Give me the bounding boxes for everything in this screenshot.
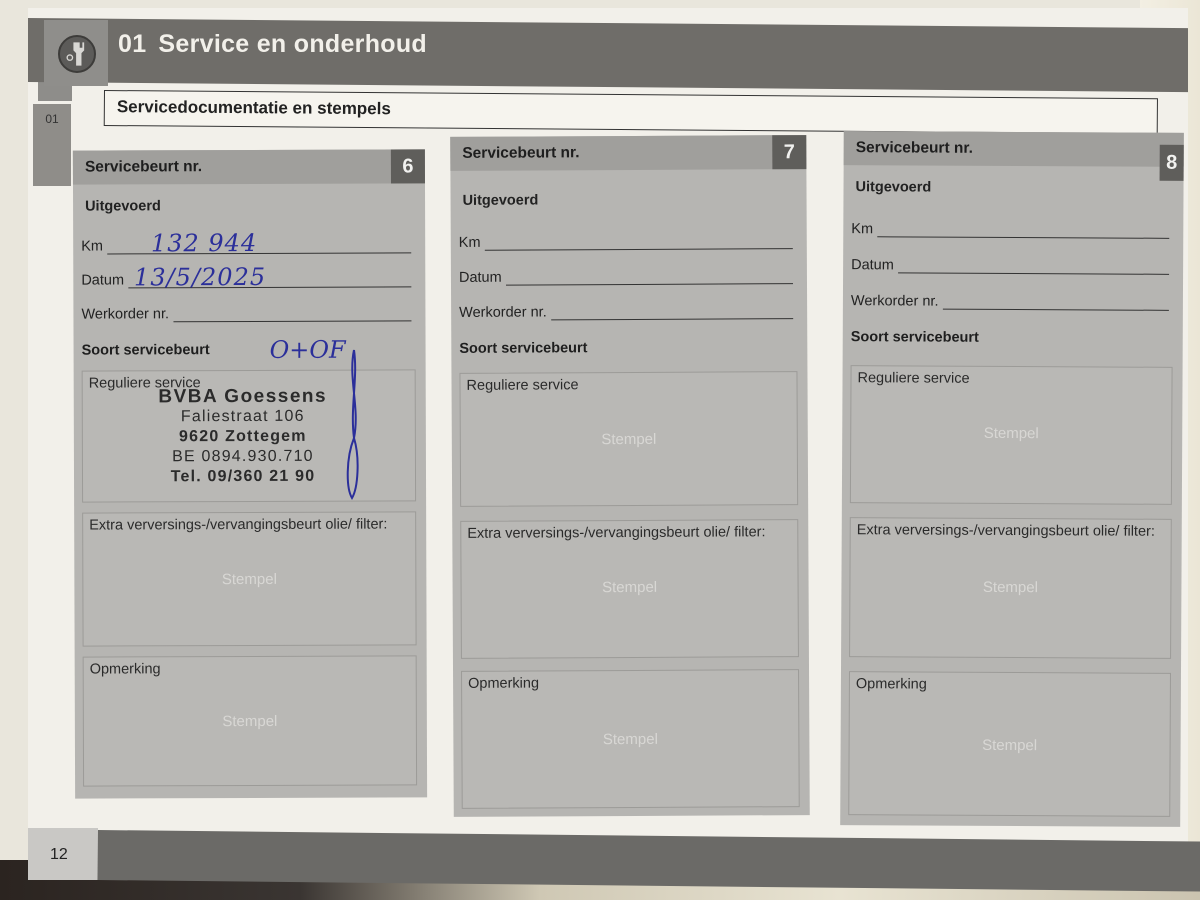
datum-label: Datum	[81, 272, 128, 288]
stempel-placeholder: Stempel	[84, 712, 416, 730]
km-field[interactable]: Km	[459, 225, 793, 251]
stempel-placeholder: Stempel	[462, 578, 798, 597]
uitgevoerd-label: Uitgevoerd	[855, 179, 931, 195]
werkorder-line	[173, 301, 411, 322]
stamp-name: BVBA Goessens	[113, 387, 373, 408]
stempel-placeholder: Stempel	[850, 736, 1170, 755]
km-line: 132 944	[107, 233, 411, 254]
stempel-placeholder: Stempel	[851, 424, 1171, 443]
werkorder-line	[551, 299, 794, 320]
werkorder-label: Werkorder nr.	[851, 293, 943, 309]
km-value: 132 944	[151, 229, 257, 257]
werkorder-label: Werkorder nr.	[81, 306, 173, 322]
uitgevoerd-label: Uitgevoerd	[85, 198, 161, 214]
km-line	[484, 229, 792, 251]
datum-field[interactable]: Datum	[851, 249, 1169, 275]
card-title: Servicebeurt nr.	[856, 139, 973, 158]
datum-line	[506, 264, 793, 286]
signature-mark	[344, 348, 364, 508]
datum-field[interactable]: Datum 13/5/2025	[81, 263, 411, 288]
card-title: Servicebeurt nr.	[85, 158, 202, 176]
extra-stamp-box[interactable]: Extra verversings-/vervangingsbeurt olie…	[849, 517, 1172, 659]
soort-value: O+OF	[270, 336, 346, 364]
service-number-badge: 6	[391, 149, 425, 183]
werkorder-field[interactable]: Werkorder nr.	[851, 285, 1169, 311]
werkorder-field[interactable]: Werkorder nr.	[81, 297, 411, 322]
side-tab: 01	[33, 104, 71, 186]
stempel-placeholder: Stempel	[461, 430, 797, 449]
page-number-box: 12	[28, 828, 98, 880]
stempel-placeholder: Stempel	[83, 570, 415, 588]
stamp-city: 9620 Zottegem	[113, 427, 373, 448]
section-title: Servicedocumentatie en stempels	[117, 97, 391, 119]
extra-label: Extra verversings-/vervangingsbeurt olie…	[89, 517, 391, 535]
datum-line	[898, 253, 1169, 274]
card-header: Servicebeurt nr. 8	[844, 131, 1184, 167]
opmerking-label: Opmerking	[856, 676, 931, 693]
datum-value: 13/5/2025	[134, 263, 266, 291]
card-header: Servicebeurt nr. 6	[73, 149, 425, 184]
opmerking-stamp-box[interactable]: Opmerking Stempel	[83, 655, 417, 786]
chapter-number: 01	[118, 30, 146, 58]
regulier-stamp-box[interactable]: Reguliere service BVBA Goessens Faliestr…	[82, 369, 416, 502]
extra-stamp-box[interactable]: Extra verversings-/vervangingsbeurt olie…	[460, 519, 799, 659]
km-line	[877, 217, 1169, 239]
extra-stamp-box[interactable]: Extra verversings-/vervangingsbeurt olie…	[82, 511, 416, 646]
wrench-icon	[58, 35, 96, 73]
chapter-title: 01Service en onderhoud	[118, 30, 427, 59]
km-field[interactable]: Km	[851, 213, 1169, 239]
soort-label: Soort servicebeurt	[82, 342, 210, 358]
section-title-box: Servicedocumentatie en stempels	[104, 90, 1158, 134]
stamp-tel: Tel. 09/360 21 90	[113, 467, 373, 488]
extra-label: Extra verversings-/vervangingsbeurt olie…	[857, 522, 1159, 541]
werkorder-field[interactable]: Werkorder nr.	[459, 295, 793, 321]
uitgevoerd-label: Uitgevoerd	[463, 192, 539, 208]
soort-label: Soort servicebeurt	[851, 329, 979, 346]
booklet-page: 01Service en onderhoud 01 Servicedocumen…	[28, 8, 1188, 870]
km-label: Km	[81, 238, 107, 254]
service-card-8: Servicebeurt nr. 8 Uitgevoerd Km Datum W…	[840, 131, 1184, 827]
datum-field[interactable]: Datum	[459, 260, 793, 286]
opmerking-stamp-box[interactable]: Opmerking Stempel	[848, 671, 1171, 817]
page-number: 12	[50, 846, 68, 864]
opmerking-label: Opmerking	[468, 675, 543, 692]
service-number-badge: 7	[772, 135, 806, 169]
regulier-label: Reguliere service	[466, 377, 582, 395]
stamp-street: Faliestraat 106	[113, 407, 373, 428]
datum-line: 13/5/2025	[128, 267, 411, 288]
datum-label: Datum	[851, 257, 898, 273]
card-title: Servicebeurt nr.	[462, 144, 579, 163]
chapter-title-text: Service en onderhoud	[158, 30, 427, 58]
datum-label: Datum	[459, 270, 506, 286]
soort-label: Soort servicebeurt	[459, 340, 587, 357]
opmerking-label: Opmerking	[90, 661, 165, 678]
werkorder-line	[942, 290, 1169, 311]
stempel-placeholder: Stempel	[462, 730, 798, 749]
dealer-stamp: BVBA Goessens Faliestraat 106 9620 Zotte…	[113, 387, 373, 488]
card-header: Servicebeurt nr. 7	[450, 135, 806, 171]
regulier-stamp-box[interactable]: Reguliere service Stempel	[850, 365, 1173, 505]
stempel-placeholder: Stempel	[850, 578, 1170, 597]
service-card-7: Servicebeurt nr. 7 Uitgevoerd Km Datum W…	[450, 135, 810, 817]
km-label: Km	[459, 235, 485, 251]
km-label: Km	[851, 221, 877, 237]
side-tab-label: 01	[33, 112, 71, 126]
opmerking-stamp-box[interactable]: Opmerking Stempel	[461, 669, 800, 809]
km-field[interactable]: Km 132 944	[81, 229, 411, 254]
extra-label: Extra verversings-/vervangingsbeurt olie…	[467, 524, 769, 543]
service-card-6: Servicebeurt nr. 6 Uitgevoerd Km 132 944…	[73, 149, 427, 798]
regulier-label: Reguliere service	[857, 370, 973, 388]
stamp-vat: BE 0894.930.710	[113, 447, 373, 468]
service-number-badge: 8	[1160, 145, 1184, 181]
regulier-stamp-box[interactable]: Reguliere service Stempel	[459, 371, 798, 507]
werkorder-label: Werkorder nr.	[459, 304, 551, 320]
